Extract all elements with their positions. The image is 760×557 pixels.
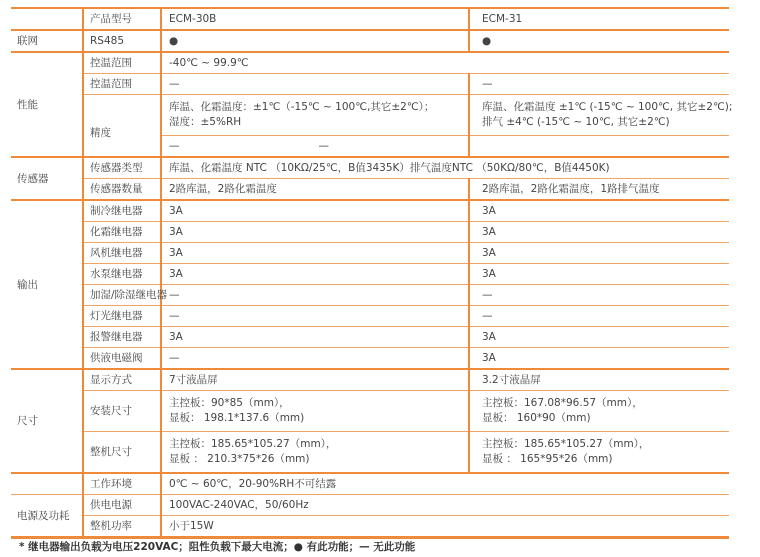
table-row: 传感器数量 2路库温，2路化霜温度 2路库温，2路化霜温度，1路排气温度 [11, 179, 729, 201]
dimension-line: 主控板：185.65*105.27（mm）， [169, 437, 468, 452]
cell-value: 3A [469, 348, 729, 370]
cell-value-span: 库温、化霜温度 NTC （10KΩ/25℃，B值3435K）排气温度NTC （5… [161, 157, 729, 179]
row-label: 传感器数量 [83, 179, 161, 201]
row-label: 整机功率 [83, 516, 161, 538]
cell-value [469, 136, 729, 158]
cell-value: 3A [161, 264, 469, 285]
row-label: RS485 [83, 30, 161, 52]
dimension-line: 主控板：185.65*105.27（mm）， [482, 437, 729, 452]
cell-value: — [469, 306, 729, 327]
group-environment [11, 473, 83, 495]
precision-line: 库温、化霜温度：±1℃（-15℃ ~ 100℃,其它±2℃）； [169, 100, 468, 115]
table-row: 精度 库温、化霜温度：±1℃（-15℃ ~ 100℃,其它±2℃）； 湿度：±5… [11, 95, 729, 136]
row-label: 风机继电器 [83, 243, 161, 264]
cell-value-span: -40℃ ~ 99.9℃ [161, 52, 729, 74]
precision-line: 湿度：±5%RH [169, 115, 468, 130]
cell-value-span: 小于15W [161, 516, 729, 538]
table-row: 性能 控温范围 -40℃ ~ 99.9℃ [11, 52, 729, 74]
table-row: 报警继电器 3A 3A [11, 327, 729, 348]
cell-value: — [469, 285, 729, 306]
dash-b: — [319, 139, 469, 153]
precision-line: 库温、化霜温度 ±1℃ (-15℃ ~ 100℃, 其它±2℃); [482, 100, 729, 115]
cell-value: 3A [161, 243, 469, 264]
header-group-cell [11, 8, 83, 30]
cell-value: 主控板：167.08*96.57（mm）， 显板： 160*90（mm) [469, 391, 729, 432]
group-network: 联网 [11, 30, 83, 52]
table-row: 风机继电器 3A 3A [11, 243, 729, 264]
table-row: 化霜继电器 3A 3A [11, 222, 729, 243]
row-label: 传感器类型 [83, 157, 161, 179]
cell-value: — — [161, 136, 469, 158]
group-output: 输出 [11, 200, 83, 369]
cell-value: 3A [161, 200, 469, 222]
table-row: 尺寸 显示方式 7寸液晶屏 3.2寸液晶屏 [11, 369, 729, 391]
table-row: 联网 RS485 ● ● [11, 30, 729, 52]
row-label: 报警继电器 [83, 327, 161, 348]
header-row: 产品型号 ECM-30B ECM-31 [11, 8, 729, 30]
table-row: 水泵继电器 3A 3A [11, 264, 729, 285]
table-row: 传感器 传感器类型 库温、化霜温度 NTC （10KΩ/25℃，B值3435K）… [11, 157, 729, 179]
row-label: 显示方式 [83, 369, 161, 391]
table-row: 输出 制冷继电器 3A 3A [11, 200, 729, 222]
dimension-line: 主控板：167.08*96.57（mm）， [482, 396, 729, 411]
dimension-line: 显板： 160*90（mm) [482, 411, 729, 426]
group-size: 尺寸 [11, 369, 83, 473]
cell-value: ● [469, 30, 729, 52]
cell-value-span: 100VAC-240VAC，50/60Hz [161, 495, 729, 516]
table-row: 安装尺寸 主控板：90*85（mm）， 显板： 198.1*137.6（mm) … [11, 391, 729, 432]
cell-value: 3A [161, 222, 469, 243]
row-label: 工作环境 [83, 473, 161, 495]
row-label: 制冷继电器 [83, 200, 161, 222]
row-label: 加湿/除湿继电器 [83, 285, 161, 306]
cell-value: — [469, 74, 729, 95]
cell-value: 主控板：185.65*105.27（mm）， 显板 ： 210.3*75*26（… [161, 432, 469, 474]
row-label: 控温范围 [83, 74, 161, 95]
row-label: 水泵继电器 [83, 264, 161, 285]
cell-value: 库温、化霜温度 ±1℃ (-15℃ ~ 100℃, 其它±2℃); 排气 ±4℃… [469, 95, 729, 136]
table-row: 整机尺寸 主控板：185.65*105.27（mm）， 显板 ： 210.3*7… [11, 432, 729, 474]
row-label: 供液电磁阀 [83, 348, 161, 370]
table-row: 整机功率 小于15W [11, 516, 729, 538]
header-label: 产品型号 [83, 8, 161, 30]
cell-value-span: 0℃ ~ 60℃，20-90%RH不可结露 [161, 473, 729, 495]
group-performance: 性能 [11, 52, 83, 157]
cell-value: 2路库温，2路化霜温度 [161, 179, 469, 201]
table-row: 电源及功耗 供电电源 100VAC-240VAC，50/60Hz [11, 495, 729, 516]
dash-a: — [169, 139, 319, 153]
model-ecm-31: ECM-31 [469, 8, 729, 30]
precision-line: 排气 ±4℃ (-15℃ ~ 10℃, 其它±2℃) [482, 115, 729, 130]
cell-value: 库温、化霜温度：±1℃（-15℃ ~ 100℃,其它±2℃）； 湿度：±5%RH [161, 95, 469, 136]
cell-value: — [161, 74, 469, 95]
dimension-line: 主控板：90*85（mm）， [169, 396, 468, 411]
cell-value: 3A [469, 327, 729, 348]
cell-value: ● [161, 30, 469, 52]
group-sensor: 传感器 [11, 157, 83, 200]
table-row: 工作环境 0℃ ~ 60℃，20-90%RH不可结露 [11, 473, 729, 495]
row-label: 整机尺寸 [83, 432, 161, 474]
row-label: 供电电源 [83, 495, 161, 516]
cell-value: — [161, 306, 469, 327]
cell-value: 2路库温，2路化霜温度，1路排气温度 [469, 179, 729, 201]
group-power: 电源及功耗 [11, 495, 83, 538]
spec-comparison-table: 产品型号 ECM-30B ECM-31 联网 RS485 ● ● 性能 控温范围… [11, 7, 729, 539]
dimension-line: 显板 ： 210.3*75*26（mm) [169, 452, 468, 467]
cell-value: 主控板：90*85（mm）， 显板： 198.1*137.6（mm) [161, 391, 469, 432]
table-row: 灯光继电器 — — [11, 306, 729, 327]
cell-value: — [161, 285, 469, 306]
footnote: * 继电器输出负载为电压220VAC；阻性负载下最大电流；● 有此功能；— 无此… [19, 539, 415, 554]
cell-value: 3A [469, 243, 729, 264]
cell-value: 3A [469, 200, 729, 222]
cell-value: 3A [469, 264, 729, 285]
row-label: 化霜继电器 [83, 222, 161, 243]
cell-value: — [161, 348, 469, 370]
cell-value: 3A [161, 327, 469, 348]
row-label: 精度 [83, 95, 161, 158]
row-label: 安装尺寸 [83, 391, 161, 432]
table-row: 控温范围 — — [11, 74, 729, 95]
cell-value: 主控板：185.65*105.27（mm）， 显板 ： 165*95*26（mm… [469, 432, 729, 474]
model-ecm-30b: ECM-30B [161, 8, 469, 30]
cell-value: 3A [469, 222, 729, 243]
table-row: 加湿/除湿继电器 — — [11, 285, 729, 306]
cell-value: 7寸液晶屏 [161, 369, 469, 391]
dimension-line: 显板 ： 165*95*26（mm) [482, 452, 729, 467]
row-label: 灯光继电器 [83, 306, 161, 327]
dimension-line: 显板： 198.1*137.6（mm) [169, 411, 468, 426]
row-label: 控温范围 [83, 52, 161, 74]
cell-value: 3.2寸液晶屏 [469, 369, 729, 391]
table-row: 供液电磁阀 — 3A [11, 348, 729, 370]
